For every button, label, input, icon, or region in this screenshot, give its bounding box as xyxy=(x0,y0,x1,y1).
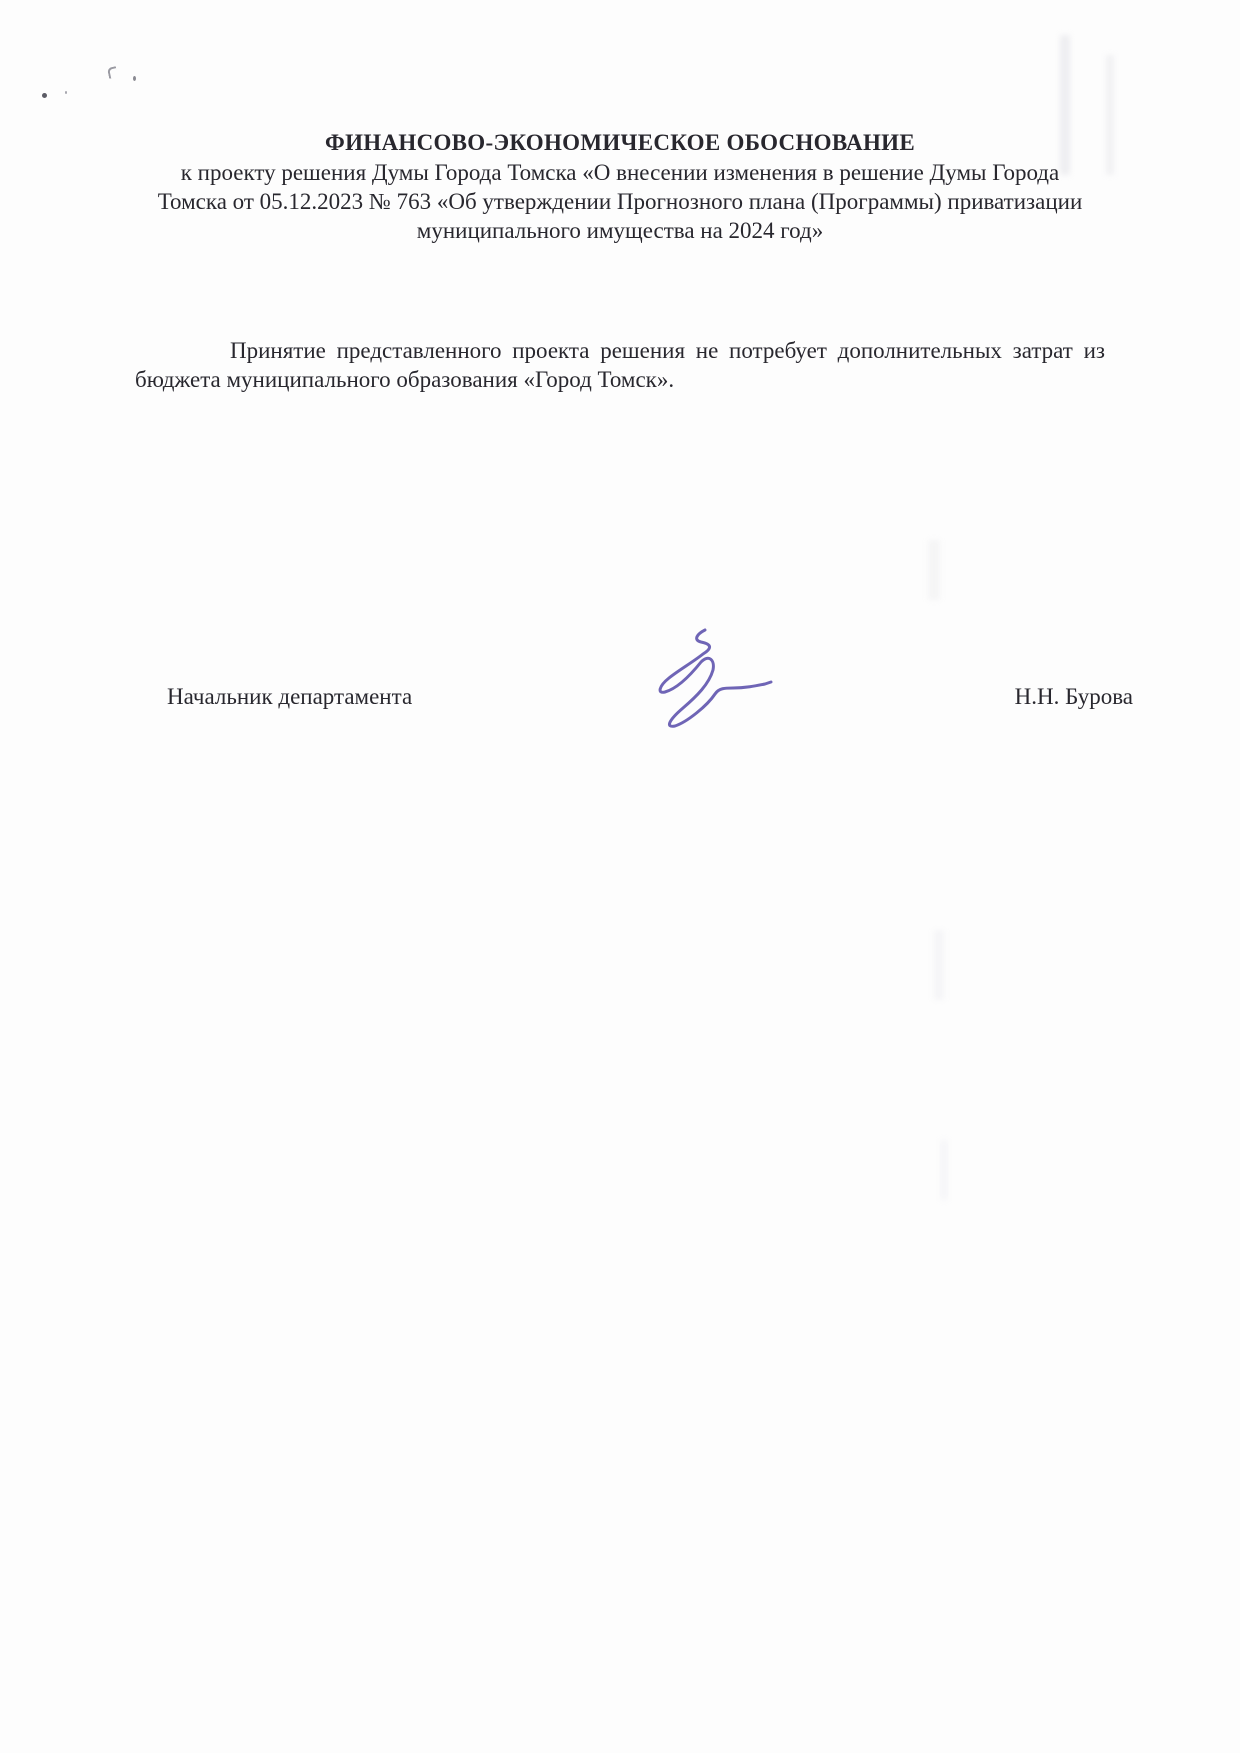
scanned-document-page: ФИНАНСОВО-ЭКОНОМИЧЕСКОЕ ОБОСНОВАНИЕ к пр… xyxy=(0,0,1240,1753)
document-subtitle-line: Томска от 05.12.2023 № 763 «Об утвержден… xyxy=(135,187,1105,216)
scan-speck xyxy=(107,66,118,79)
document-subtitle-line: муниципального имущества на 2024 год» xyxy=(135,216,1105,245)
document-title: ФИНАНСОВО-ЭКОНОМИЧЕСКОЕ ОБОСНОВАНИЕ xyxy=(135,128,1105,158)
body-paragraph-line: Принятие представленного проекта решения… xyxy=(135,336,1105,365)
document-content: ФИНАНСОВО-ЭКОНОМИЧЕСКОЕ ОБОСНОВАНИЕ к пр… xyxy=(135,0,1105,712)
scan-streak xyxy=(940,1140,948,1200)
scan-streak xyxy=(1106,55,1114,175)
signature-row: Начальник департамента Н.Н. Бурова xyxy=(135,682,1105,712)
body-paragraph-line: бюджета муниципального образования «Горо… xyxy=(135,365,1105,394)
document-subtitle-line: к проекту решения Думы Города Томска «О … xyxy=(135,158,1105,187)
scan-streak xyxy=(934,930,944,1000)
scan-speck xyxy=(65,91,67,94)
scan-speck xyxy=(42,93,47,98)
signer-name: Н.Н. Бурова xyxy=(1015,682,1133,711)
signer-position-title: Начальник департамента xyxy=(167,682,412,711)
document-heading: ФИНАНСОВО-ЭКОНОМИЧЕСКОЕ ОБОСНОВАНИЕ к пр… xyxy=(135,128,1105,245)
body-paragraph: Принятие представленного проекта решения… xyxy=(135,336,1105,394)
handwritten-signature-icon xyxy=(635,616,785,746)
